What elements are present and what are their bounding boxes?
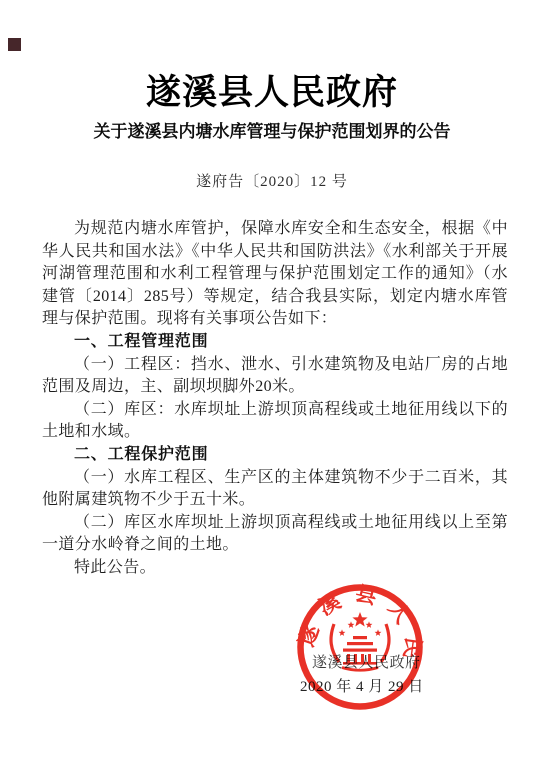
- section-heading-1: 一、工程管理范围: [42, 331, 508, 354]
- section-heading-2: 二、工程保护范围: [42, 444, 508, 467]
- paragraph-2-2: （二）库区水库坝址上游坝顶高程线或土地征用线以上至第一道分水岭脊之间的土地。: [42, 512, 508, 557]
- paragraph-closing: 特此公告。: [42, 557, 508, 580]
- official-seal-icon: 遂溪县人民政府: [295, 582, 425, 712]
- document-number: 遂府告〔2020〕12 号: [0, 172, 544, 192]
- paragraph-1-1: （一）工程区：挡水、泄水、引水建筑物及电站厂房的占地范围及周边，主、副坝坝脚外2…: [42, 354, 508, 399]
- notice-page: 遂溪县人民政府 关于遂溪县内塘水库管理与保护范围划界的公告 遂府告〔2020〕1…: [0, 0, 544, 767]
- paragraph-1-2: （二）库区：水库坝址上游坝顶高程线或土地征用线以下的土地和水域。: [42, 399, 508, 444]
- notice-title: 关于遂溪县内塘水库管理与保护范围划界的公告: [0, 120, 544, 144]
- page-title: 遂溪县人民政府: [0, 74, 544, 112]
- paragraph-intro: 为规范内塘水库管护，保障水库安全和生态安全，根据《中华人民共和国水法》《中华人民…: [42, 218, 508, 331]
- paragraph-2-1: （一）水库工程区、生产区的主体建筑物不少于二百米，其他附属建筑物不少于五十米。: [42, 467, 508, 512]
- seal-arc-text: 遂溪县人民政府: [295, 582, 425, 672]
- corner-mark: [8, 38, 21, 51]
- national-emblem-icon: [331, 612, 389, 670]
- notice-body: 为规范内塘水库管护，保障水库安全和生态安全，根据《中华人民共和国水法》《中华人民…: [42, 218, 508, 580]
